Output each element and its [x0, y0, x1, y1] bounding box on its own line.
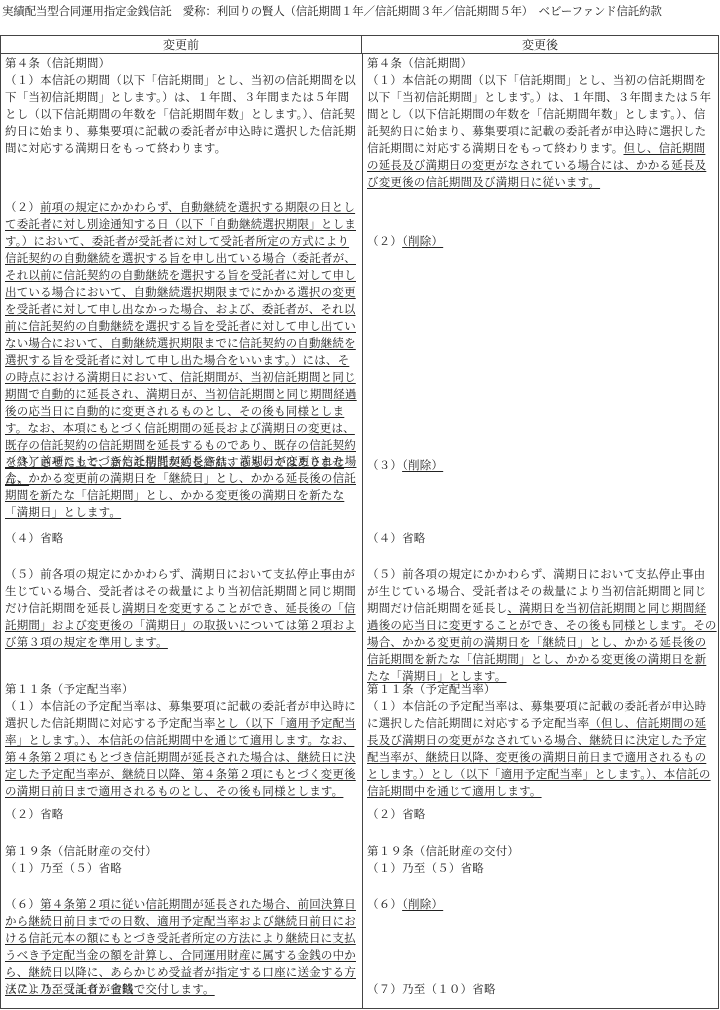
document-title: 実績配当型合同運用指定金銭信託 愛称：利回りの賢人（信託期間１年／信託期間３年／…	[2, 3, 662, 19]
after-art4-p4: （４）省略	[367, 530, 717, 547]
p2-prefix: （２）	[5, 200, 40, 214]
after-art4-p3: （３）（削除）	[367, 457, 717, 474]
column-header-before: 変更前	[1, 36, 362, 54]
after-art19-p1: （１）乃至（５）省略	[367, 860, 717, 877]
p6-deleted-marker: （削除）	[402, 897, 443, 911]
column-header-after: 変更後	[362, 36, 718, 54]
p6-prefix: （６）	[5, 897, 40, 911]
after-art11-p2: （２）省略	[367, 806, 717, 823]
p2-prefix: （２）	[367, 234, 402, 248]
before-art4-p2: （２）前項の規定にかかわらず、自動継続を選択する期限の日として委託者に対し別途通…	[5, 199, 358, 488]
before-art4-p1: （１）本信託の期間（以下「信託期間」とし、当初の信託期間を以下「当初信託期間」と…	[5, 72, 358, 157]
p3-prefix: （３）	[367, 458, 402, 472]
p6-prefix: （６）	[367, 897, 402, 911]
before-art19-p1: （１）乃至（５）省略	[5, 860, 358, 877]
after-art4-p2: （２）（削除）	[367, 233, 717, 250]
after-art11-p1: （１）本信託の予定配当率は、募集要項に記載の委託者が申込時に選択した信託期間に対…	[367, 698, 717, 800]
before-art19-heading: 第１９条（信託財産の交付）	[5, 843, 358, 860]
before-art11-heading: 第１１条（予定配当率）	[5, 681, 358, 698]
after-art19-p6: （６）（削除）	[367, 896, 717, 913]
after-art4-heading: 第４条（信託期間）	[367, 55, 717, 72]
after-art4-p1: （１）本信託の期間（以下「信託期間」とし、当初の信託期間を以下「当初信託期間」と…	[367, 72, 717, 191]
before-art19-p7: （７）乃至（１０）省略	[5, 981, 358, 998]
before-art11-p1: （１）本信託の予定配当率は、募集要項に記載の委託者が申込時に選択した信託期間に対…	[5, 698, 358, 800]
before-art4-p5: （５）前各項の規定にかかわらず、満期日において支払停止事由が生じている場合、受託…	[5, 566, 358, 651]
before-art4-p4: （４）省略	[5, 530, 358, 547]
after-art19-p7: （７）乃至（１０）省略	[367, 981, 717, 998]
p2-changed-text: 前項の規定にかかわらず、自動継続を選択する期限の日として委託者に対し別途通知する…	[5, 200, 357, 486]
after-art4-p5: （５）前各項の規定にかかわらず、満期日において支払停止事由が生じている場合、受託…	[367, 566, 717, 685]
after-art11-heading: 第１１条（予定配当率）	[367, 681, 717, 698]
after-art19-heading: 第１９条（信託財産の交付）	[367, 843, 717, 860]
before-art4-p3: （３）前項にもとづき信託期間が延長され、満期日が変更された場合、かかる変更前の満…	[5, 453, 358, 521]
p2-deleted-marker: （削除）	[402, 234, 443, 248]
before-art4-heading: 第４条（信託期間）	[5, 55, 358, 72]
column-divider	[362, 54, 363, 1008]
before-art11-p2: （２）省略	[5, 806, 358, 823]
p3-deleted-marker: （削除）	[402, 458, 443, 472]
comparison-table: 変更前 変更後 第４条（信託期間） （１）本信託の期間（以下「信託期間」とし、当…	[0, 35, 719, 1009]
